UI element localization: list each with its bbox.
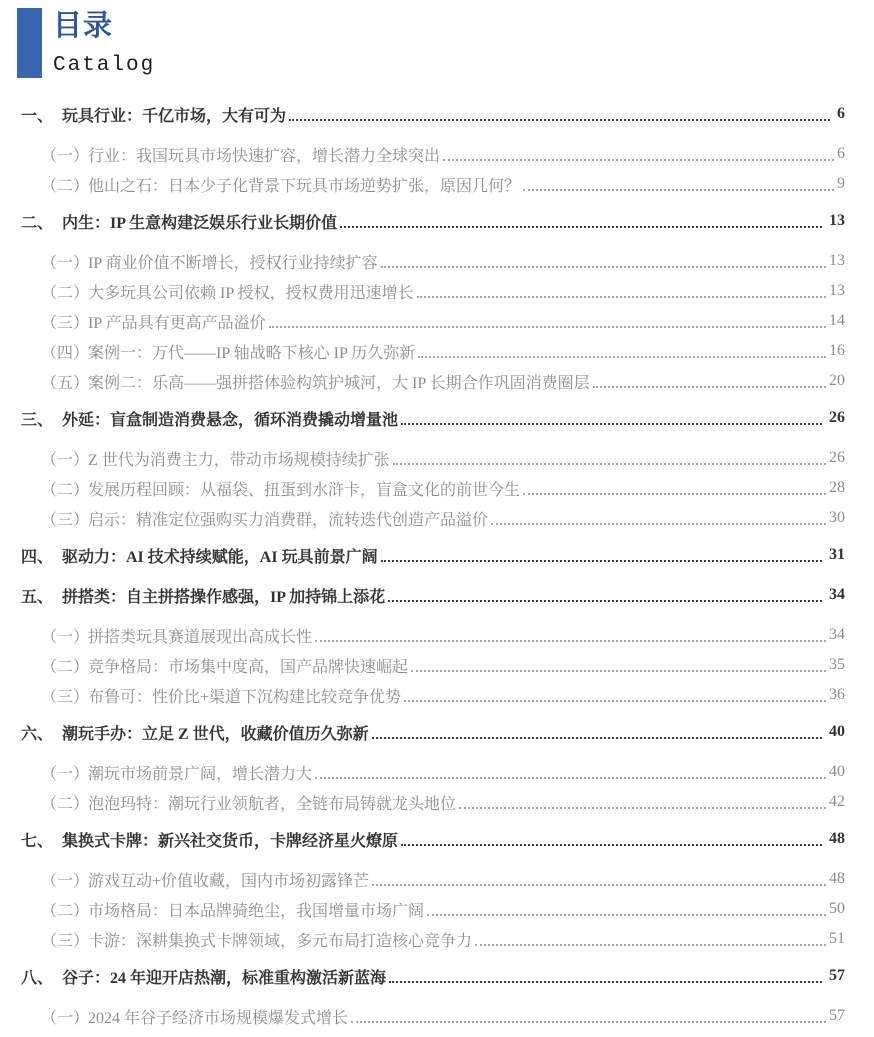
toc-page-number: 40: [829, 723, 845, 741]
toc-leader-dots: [381, 255, 826, 268]
toc-entry-title: 拼搭类：自主拼搭操作感强，IP 加持锦上添花: [62, 584, 385, 607]
toc-sub-entry[interactable]: （三）卡游：深耕集换式卡牌领域，多元布局打造核心竞争力51: [21, 924, 845, 954]
toc-page-number: 34: [829, 586, 845, 604]
toc-sub-entry[interactable]: （二）泡泡玛特：潮玩行业领航者，全链布局铸就龙头地位42: [21, 787, 845, 817]
toc-page-number: 9: [837, 175, 845, 193]
toc-sub-entry[interactable]: （五）案例二：乐高——强拼搭体验构筑护城河，大 IP 长期合作巩固消费圈层20: [21, 366, 845, 396]
toc-entry-title: 卡游：深耕集换式卡牌领域，多元布局打造核心竞争力: [88, 928, 472, 951]
toc-entry-title: 潮玩市场前景广阔，增长潜力大: [88, 761, 312, 784]
toc-entry-title: 竞争格局：市场集中度高，国产品牌快速崛起: [88, 654, 408, 677]
toc-entry-number: 三、: [21, 407, 62, 430]
toc-entry-title: 游戏互动+价值收藏，国内市场初露锋芒: [88, 868, 369, 891]
toc-page-number: 20: [829, 372, 845, 390]
toc-entry-title: 内生：IP 生意构建泛娱乐行业长期价值: [62, 210, 337, 233]
toc-page-number: 28: [829, 479, 845, 497]
toc-leader-dots: [411, 659, 826, 672]
toc-header: 目录 Catalog: [17, 8, 874, 80]
toc-leader-dots: [269, 315, 826, 328]
toc-sub-entry[interactable]: （三）布鲁可：性价比+渠道下沉构建比较竞争优势36: [21, 680, 845, 710]
toc-leader-dots: [372, 726, 822, 739]
toc-entry-title: 拼搭类玩具赛道展现出高成长性: [88, 624, 312, 647]
toc-entry-number: （二）: [41, 898, 88, 921]
toc-entry-title: 启示：精准定位强购买力消费群，流转迭代创造产品溢价: [88, 507, 488, 530]
toc-leader-dots: [417, 285, 826, 298]
toc-page-number: 31: [829, 546, 845, 564]
toc-entry-title: 发展历程回顾：从福袋、扭蛋到水浒卡，盲盒文化的前世今生: [88, 477, 520, 500]
toc-entry-title: 2024 年谷子经济市场规模爆发式增长: [88, 1005, 348, 1028]
toc-entry-number: 五、: [21, 584, 62, 607]
toc-leader-dots: [381, 549, 822, 562]
toc-entry-title: IP 产品具有更高产品溢价: [88, 310, 266, 333]
toc-leader-dots: [351, 1010, 826, 1023]
toc-entry-number: 八、: [21, 965, 62, 988]
toc-section-entry[interactable]: 二、内生：IP 生意构建泛娱乐行业长期价值13: [21, 206, 845, 236]
toc-page-number: 48: [829, 870, 845, 888]
toc-entry-number: 七、: [21, 828, 62, 851]
toc-section-entry[interactable]: 七、集换式卡牌：新兴社交货币，卡牌经济星火燎原48: [21, 824, 845, 854]
toc-entry-title: 案例一：万代——IP 轴战略下核心 IP 历久弥新: [88, 340, 415, 363]
toc-section-entry[interactable]: 三、外延：盲盒制造消费悬念，循环消费撬动增量池26: [21, 403, 845, 433]
toc-sub-entry[interactable]: （四）案例一：万代——IP 轴战略下核心 IP 历久弥新16: [21, 336, 845, 366]
toc-section-entry[interactable]: 五、拼搭类：自主拼搭操作感强，IP 加持锦上添花34: [21, 580, 845, 610]
toc-page-number: 40: [829, 763, 845, 781]
toc-page-number: 42: [829, 793, 845, 811]
toc-section-entry[interactable]: 六、潮玩手办：立足 Z 世代，收藏价值历久弥新40: [21, 717, 845, 747]
toc-sub-entry[interactable]: （二）市场格局：日本品牌骑绝尘，我国增量市场广阔50: [21, 894, 845, 924]
toc-leader-dots: [401, 412, 822, 425]
toc-page-number: 6: [837, 145, 845, 163]
toc-entry-number: （三）: [41, 928, 88, 951]
toc-leader-dots: [315, 766, 826, 779]
toc-leader-dots: [401, 833, 822, 846]
toc-leader-dots: [523, 482, 826, 495]
toc-leader-dots: [418, 345, 826, 358]
toc-page-number: 48: [829, 830, 845, 848]
toc-sub-entry[interactable]: （三）启示：精准定位强购买力消费群，流转迭代创造产品溢价30: [21, 503, 845, 533]
toc-section-entry[interactable]: 八、谷子：24 年迎开店热潮，标准重构激活新蓝海57: [21, 961, 845, 991]
toc-page-number: 13: [829, 212, 845, 230]
toc-entry-title: 外延：盲盒制造消费悬念，循环消费撬动增量池: [62, 407, 398, 430]
toc-entry-number: （一）: [41, 868, 88, 891]
toc-page-number: 26: [829, 449, 845, 467]
toc-entry-number: （四）: [41, 340, 88, 363]
toc-entry-number: （一）: [41, 761, 88, 784]
toc-leader-dots: [427, 903, 826, 916]
toc-sub-entry[interactable]: （二）竞争格局：市场集中度高，国产品牌快速崛起35: [21, 650, 845, 680]
toc-entry-title: 布鲁可：性价比+渠道下沉构建比较竞争优势: [88, 684, 401, 707]
toc-entry-number: （二）: [41, 791, 88, 814]
title-accent-bar: [17, 8, 42, 78]
toc-page-number: 36: [829, 686, 845, 704]
toc-sub-entry[interactable]: （二）他山之石：日本少子化背景下玩具市场逆势扩张，原因几何？9: [21, 169, 845, 199]
toc-entry-number: 一、: [21, 103, 62, 126]
toc-sub-entry[interactable]: （一）拼搭类玩具赛道展现出高成长性34: [21, 620, 845, 650]
toc-leader-dots: [289, 108, 830, 121]
toc-leader-dots: [389, 970, 822, 983]
toc-page-number: 6: [837, 105, 845, 123]
page-title-en: Catalog: [53, 52, 155, 80]
toc-entry-title: IP 商业价值不断增长，授权行业持续扩容: [88, 250, 378, 273]
toc-entry-number: 四、: [21, 544, 62, 567]
toc-entry-title: 驱动力：AI 技术持续赋能，AI 玩具前景广阔: [62, 544, 378, 567]
toc-entry-number: 二、: [21, 210, 62, 233]
toc-entry-title: 谷子：24 年迎开店热潮，标准重构激活新蓝海: [62, 965, 386, 988]
toc-entry-title: 集换式卡牌：新兴社交货币，卡牌经济星火燎原: [62, 828, 398, 851]
toc-entry-title: 玩具行业：千亿市场，大有可为: [62, 103, 286, 126]
toc-leader-dots: [593, 375, 826, 388]
toc-leader-dots: [315, 629, 826, 642]
toc-page-number: 50: [829, 900, 845, 918]
toc-entry-number: （一）: [41, 1005, 88, 1028]
toc-page-number: 51: [829, 930, 845, 948]
toc-entry-number: （五）: [41, 370, 88, 393]
toc-entry-number: （三）: [41, 310, 88, 333]
toc-entry-number: （一）: [41, 624, 88, 647]
toc-entry-number: （三）: [41, 507, 88, 530]
toc-page-number: 13: [829, 282, 845, 300]
toc-leader-dots: [459, 796, 826, 809]
toc-page-number: 57: [829, 1007, 845, 1025]
page-title-cn: 目录: [53, 8, 155, 44]
toc-entry-number: （一）: [41, 250, 88, 273]
toc-entry-title: 市场格局：日本品牌骑绝尘，我国增量市场广阔: [88, 898, 424, 921]
toc-leader-dots: [372, 873, 826, 886]
toc-entry-number: （一）: [41, 447, 88, 470]
toc-entry-number: 六、: [21, 721, 62, 744]
toc-entry-title: Z 世代为消费主力，带动市场规模持续扩张: [88, 447, 390, 470]
toc-page-number: 30: [829, 509, 845, 527]
toc-section-entry[interactable]: 四、驱动力：AI 技术持续赋能，AI 玩具前景广阔31: [21, 540, 845, 570]
table-of-contents: 一、玩具行业：千亿市场，大有可为6（一）行业：我国玩具市场快速扩容，增长潜力全球…: [21, 92, 845, 1031]
toc-leader-dots: [443, 148, 834, 161]
toc-sub-entry[interactable]: （二）大多玩具公司依赖 IP 授权，授权费用迅速增长13: [21, 276, 845, 306]
toc-page-number: 16: [829, 342, 845, 360]
toc-page-number: 26: [829, 409, 845, 427]
toc-leader-dots: [475, 933, 826, 946]
toc-entry-number: （二）: [41, 654, 88, 677]
toc-leader-dots: [404, 689, 826, 702]
toc-sub-entry[interactable]: （一）行业：我国玩具市场快速扩容，增长潜力全球突出6: [21, 139, 845, 169]
toc-sub-entry[interactable]: （一）IP 商业价值不断增长，授权行业持续扩容13: [21, 246, 845, 276]
toc-page-number: 57: [829, 967, 845, 985]
toc-entry-title: 行业：我国玩具市场快速扩容，增长潜力全球突出: [88, 143, 440, 166]
toc-entry-number: （三）: [41, 684, 88, 707]
toc-section-entry[interactable]: 一、玩具行业：千亿市场，大有可为6: [21, 99, 845, 129]
toc-sub-entry[interactable]: （二）发展历程回顾：从福袋、扭蛋到水浒卡，盲盒文化的前世今生28: [21, 473, 845, 503]
toc-entry-title: 大多玩具公司依赖 IP 授权，授权费用迅速增长: [88, 280, 414, 303]
toc-entry-number: （二）: [41, 477, 88, 500]
toc-sub-entry[interactable]: （一）Z 世代为消费主力，带动市场规模持续扩张26: [21, 443, 845, 473]
toc-entry-title: 泡泡玛特：潮玩行业领航者，全链布局铸就龙头地位: [88, 791, 456, 814]
header-titles: 目录 Catalog: [53, 8, 155, 80]
toc-sub-entry[interactable]: （一）2024 年谷子经济市场规模爆发式增长57: [21, 1001, 845, 1031]
toc-sub-entry[interactable]: （一）潮玩市场前景广阔，增长潜力大40: [21, 757, 845, 787]
toc-entry-number: （二）: [41, 173, 88, 196]
toc-page-number: 13: [829, 252, 845, 270]
toc-entry-number: （一）: [41, 143, 88, 166]
toc-sub-entry[interactable]: （一）游戏互动+价值收藏，国内市场初露锋芒48: [21, 864, 845, 894]
toc-entry-title: 潮玩手办：立足 Z 世代，收藏价值历久弥新: [62, 721, 369, 744]
toc-entry-title: 他山之石：日本少子化背景下玩具市场逆势扩张，原因几何？: [88, 173, 520, 196]
toc-leader-dots: [491, 512, 826, 525]
toc-leader-dots: [340, 215, 822, 228]
toc-entry-number: （二）: [41, 280, 88, 303]
toc-page-number: 34: [829, 626, 845, 644]
toc-leader-dots: [393, 452, 826, 465]
toc-leader-dots: [388, 589, 822, 602]
toc-page-number: 35: [829, 656, 845, 674]
toc-sub-entry[interactable]: （三）IP 产品具有更高产品溢价14: [21, 306, 845, 336]
toc-leader-dots: [523, 178, 834, 191]
toc-page-number: 14: [829, 312, 845, 330]
toc-entry-title: 案例二：乐高——强拼搭体验构筑护城河，大 IP 长期合作巩固消费圈层: [88, 370, 590, 393]
